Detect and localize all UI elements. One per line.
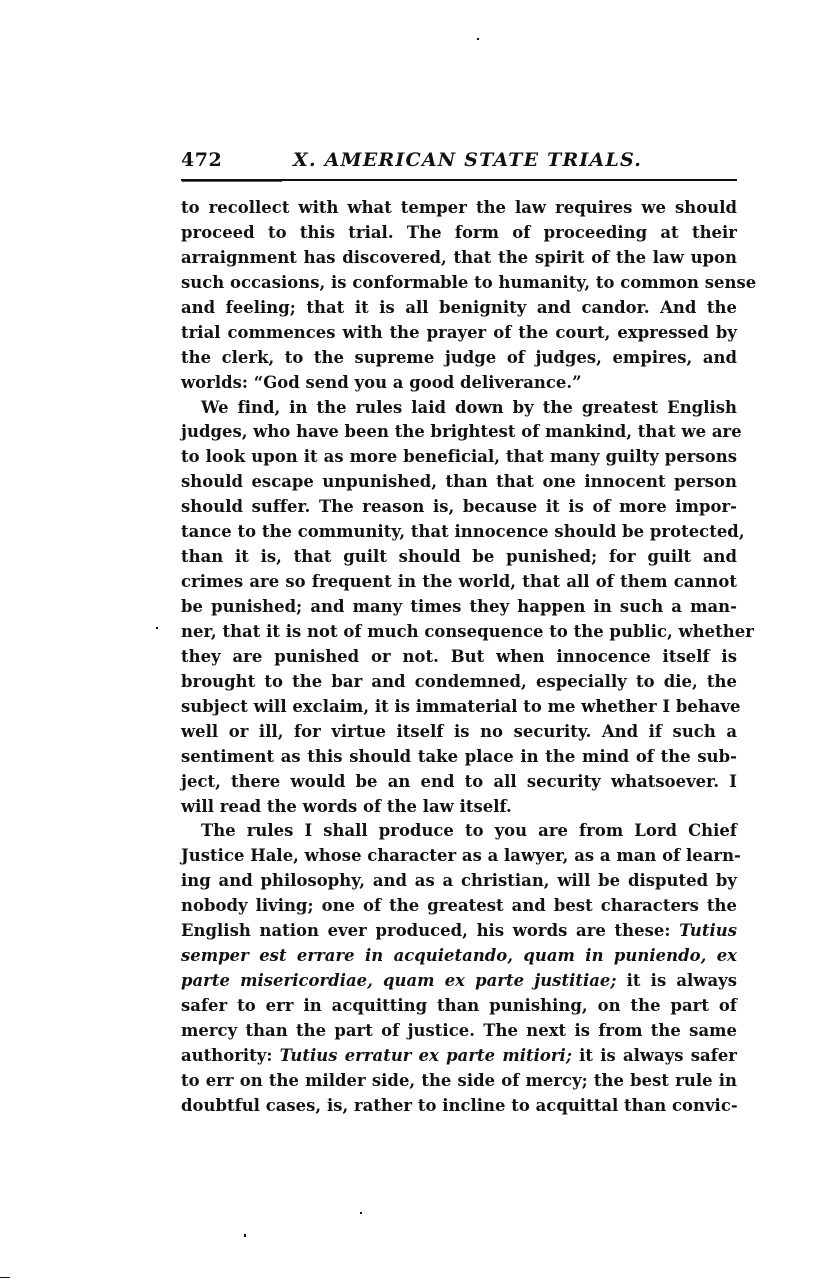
- text-line: arraignment has discovered, that the spi…: [181, 246, 737, 271]
- text-line: be punished; and many times they happen …: [181, 595, 737, 620]
- text-line: trial commences with the prayer of the c…: [181, 321, 737, 346]
- text-line: to look upon it as more beneficial, that…: [181, 445, 737, 470]
- text-line: subject will exclaim, it is immaterial t…: [181, 695, 737, 720]
- text-line: will read the words of the law itself.: [181, 795, 737, 820]
- text-line: to recollect with what temper the law re…: [181, 196, 737, 221]
- text-line: brought to the bar and condemned, especi…: [181, 670, 737, 695]
- text-line: to err on the milder side, the side of m…: [181, 1069, 737, 1094]
- scan-speck: [156, 627, 158, 629]
- text-line: should escape unpunished, than that one …: [181, 470, 737, 495]
- text-line: semper est errare in acquietando, quam i…: [181, 944, 737, 969]
- text-line: mercy than the part of justice. The next…: [181, 1019, 737, 1044]
- text-segment: authority:: [181, 1046, 280, 1065]
- text-line: safer to err in acquitting than punishin…: [181, 994, 737, 1019]
- scan-speck: [244, 1234, 246, 1237]
- text-line: tance to the community, that innocence s…: [181, 520, 737, 545]
- text-line: ing and philosophy, and as a christian, …: [181, 869, 737, 894]
- text-segment: English nation ever produced, his words …: [181, 921, 679, 940]
- page-number: 472: [181, 146, 222, 174]
- text-line: well or ill, for virtue itself is no sec…: [181, 720, 737, 745]
- text-line: The rules I shall produce to you are fro…: [181, 819, 737, 844]
- text-line: than it is, that guilt should be punishe…: [181, 545, 737, 570]
- text-line: and feeling; that it is all benignity an…: [181, 296, 737, 321]
- body-text: to recollect with what temper the law re…: [181, 196, 737, 1119]
- text-line: authority: Tutius erratur ex parte mitio…: [181, 1044, 737, 1069]
- text-line: judges, who have been the brightest of m…: [181, 420, 737, 445]
- text-segment: it is always: [617, 971, 738, 990]
- text-line: ner, that it is not of much consequence …: [181, 620, 737, 645]
- running-title: X. AMERICAN STATE TRIALS.: [293, 146, 642, 174]
- book-page: 472 X. AMERICAN STATE TRIALS. to recolle…: [0, 0, 836, 1284]
- header-rule-shadow: [182, 181, 282, 182]
- text-line: sentiment as this should take place in t…: [181, 745, 737, 770]
- text-line: nobody living; one of the greatest and b…: [181, 894, 737, 919]
- latin-quote: Tutius erratur ex parte mitiori;: [280, 1046, 572, 1065]
- text-line: they are punished or not. But when innoc…: [181, 645, 737, 670]
- text-line: worlds: “God send you a good deliverance…: [181, 371, 737, 396]
- latin-quote: parte misericordiae, quam ex parte justi…: [181, 971, 617, 990]
- text-line: proceed to this trial. The form of proce…: [181, 221, 737, 246]
- text-line: crimes are so frequent in the world, tha…: [181, 570, 737, 595]
- running-head: 472 X. AMERICAN STATE TRIALS.: [181, 146, 737, 174]
- latin-quote: Tutius: [679, 921, 737, 940]
- text-line: the clerk, to the supreme judge of judge…: [181, 346, 737, 371]
- text-line: doubtful cases, is, rather to incline to…: [181, 1094, 737, 1119]
- text-line: parte misericordiae, quam ex parte justi…: [181, 969, 737, 994]
- text-segment: it is always safer: [572, 1046, 737, 1065]
- text-line: English nation ever produced, his words …: [181, 919, 737, 944]
- text-line: Justice Hale, whose character as a lawye…: [181, 844, 737, 869]
- text-line: We find, in the rules laid down by the g…: [181, 396, 737, 421]
- scan-edge-mark: [0, 1277, 10, 1278]
- scan-speck: [477, 38, 479, 40]
- scan-speck: [360, 1212, 362, 1214]
- text-line: should suffer. The reason is, because it…: [181, 495, 737, 520]
- text-line: ject, there would be an end to all secur…: [181, 770, 737, 795]
- latin-quote: semper est errare in acquietando, quam i…: [181, 946, 737, 965]
- text-line: such occasions, is conformable to humani…: [181, 271, 737, 296]
